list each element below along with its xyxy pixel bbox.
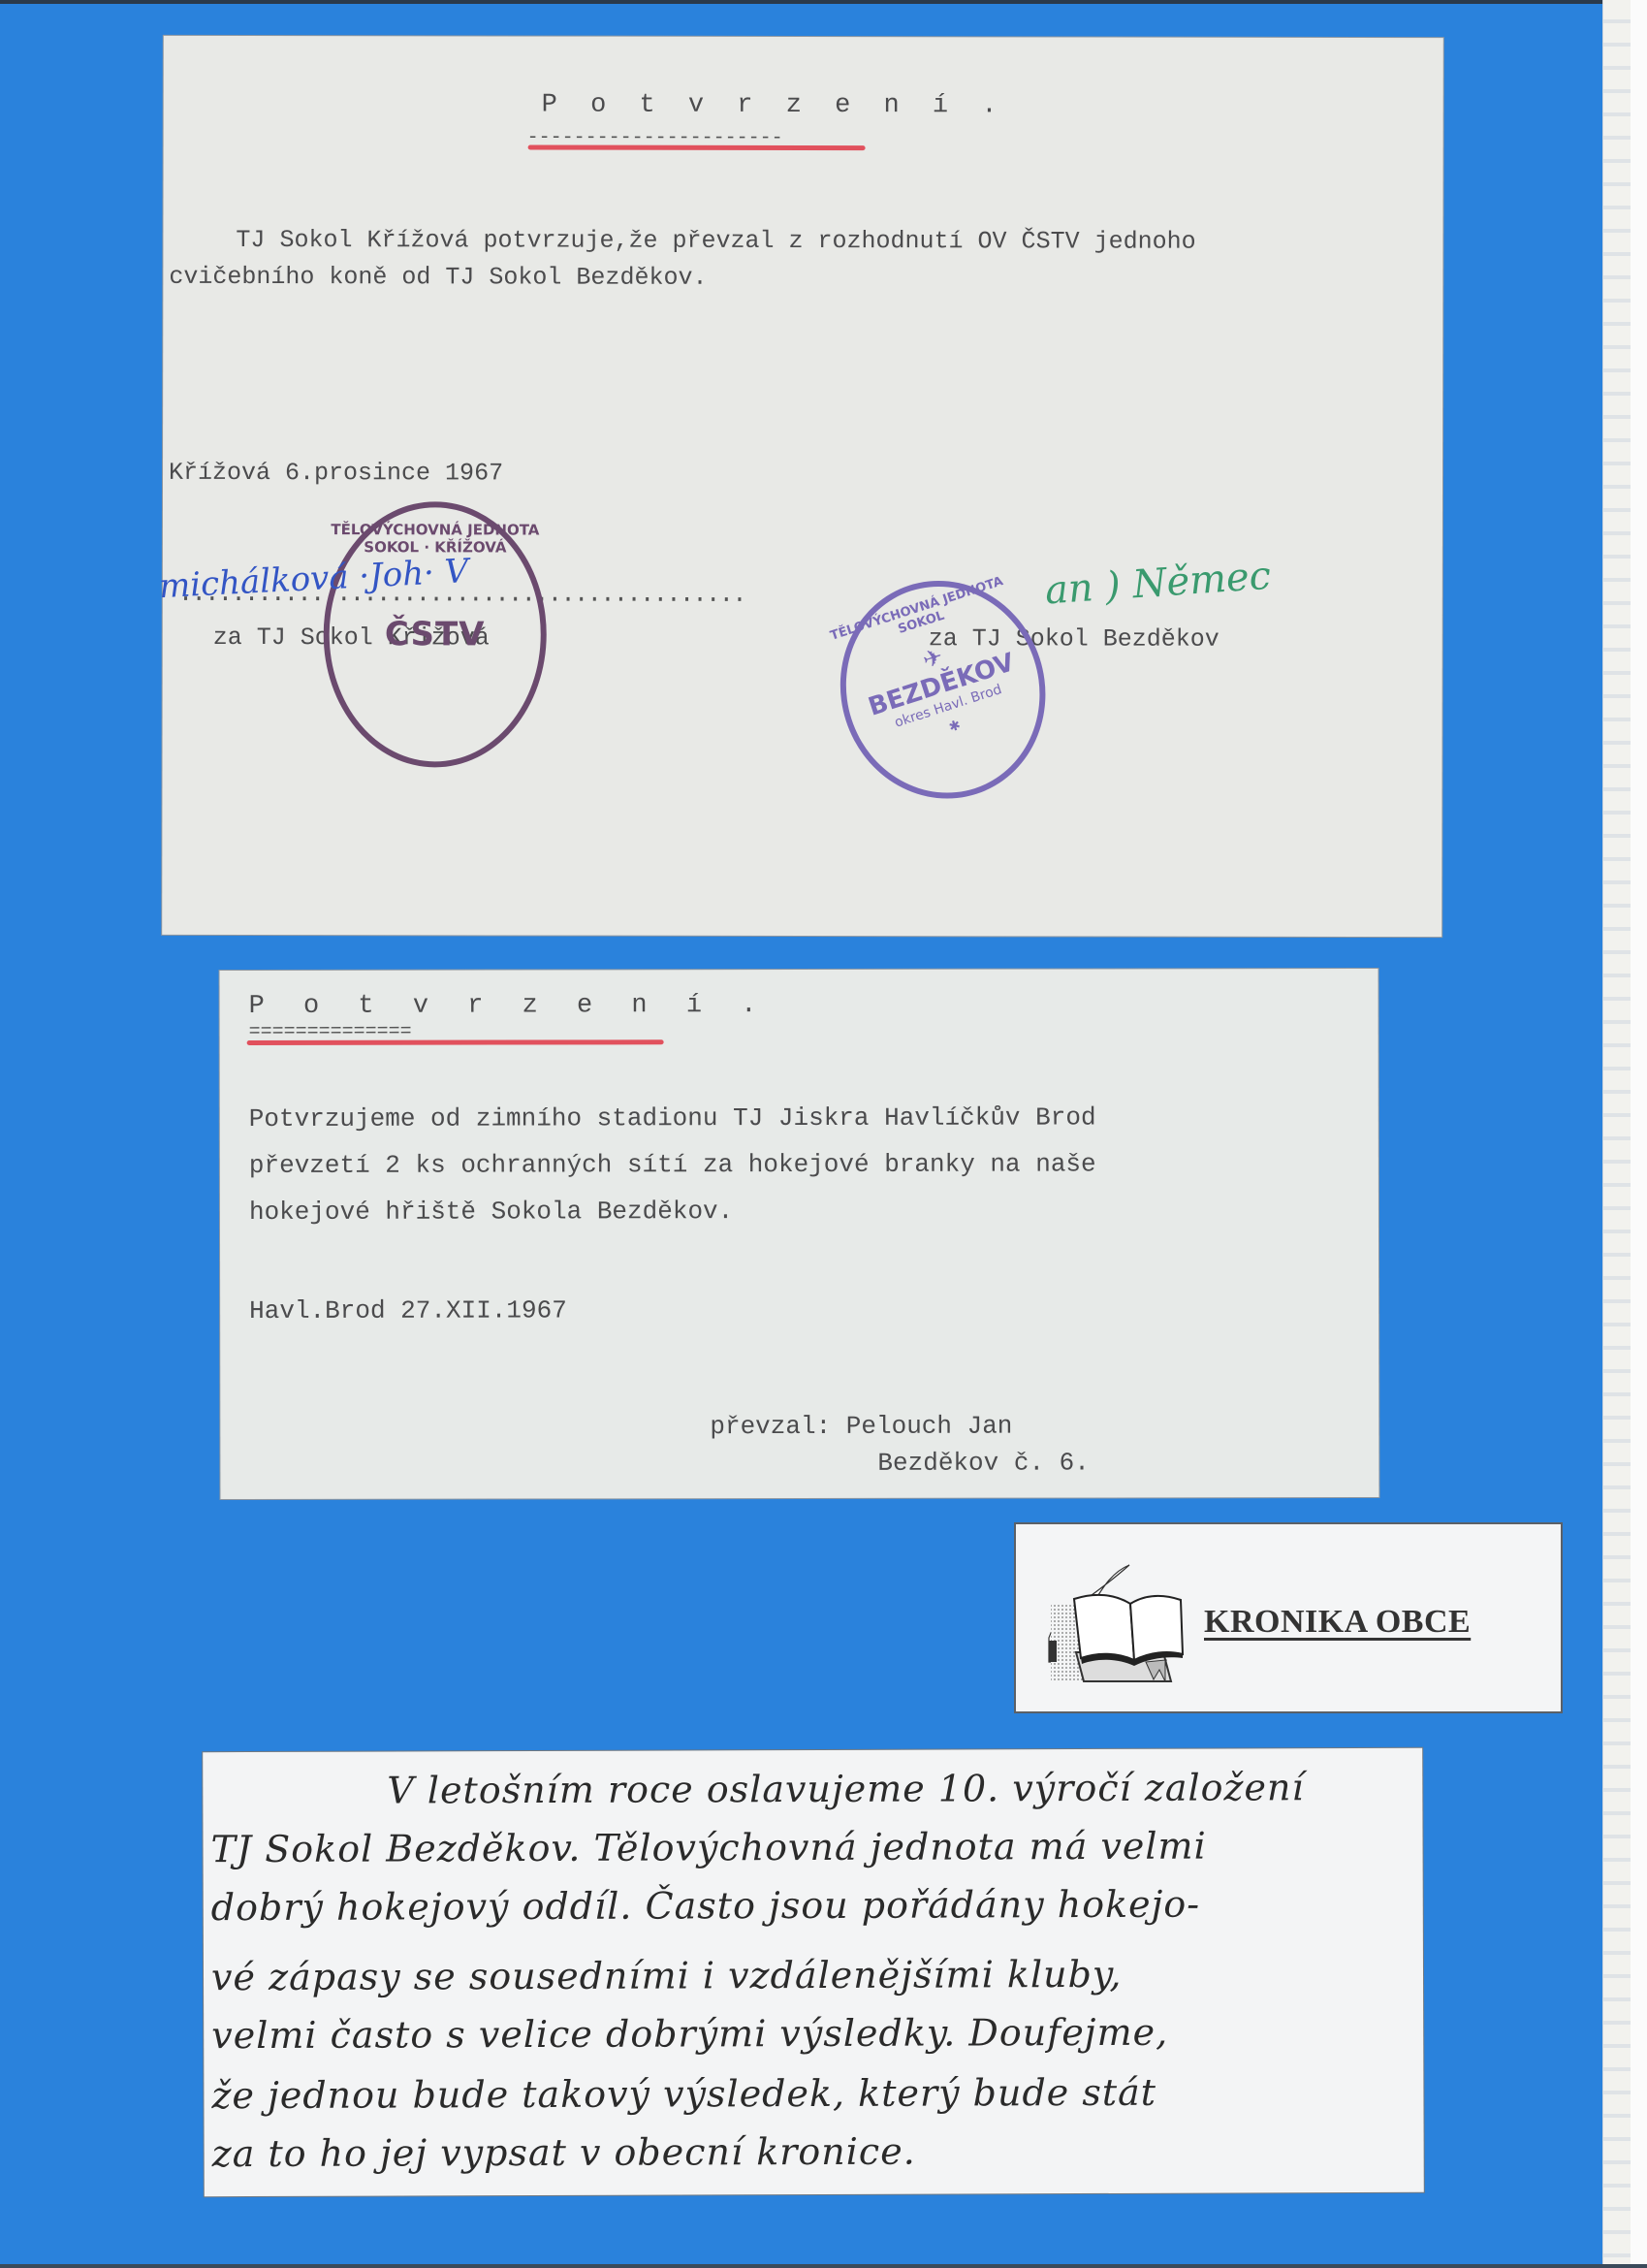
- book-quill-icon: [1037, 1546, 1192, 1691]
- received-by: převzal: Pelouch Jan: [710, 1412, 1012, 1442]
- handwritten-line: za to ho jej vypsat v obecní kronice.: [212, 2130, 916, 2176]
- stamp-ring-text: TĚLOVÝCHOVNÁ JEDNOTA SOKOL: [823, 572, 1015, 658]
- confirmation-document-krizova: P o t v r z e n í . --------------------…: [162, 36, 1443, 937]
- handwritten-line: že jednou bude takový výsledek, který bu…: [211, 2071, 1156, 2117]
- body-line: převzetí 2 ks ochranných sítí za hokejov…: [249, 1149, 1096, 1180]
- album-page-edge-strip: [1602, 0, 1647, 2268]
- handwritten-chronicle-note: V letošním roce oslavujeme 10. výročí za…: [203, 1748, 1424, 2196]
- handwritten-line: dobrý hokejový oddíl. Často jsou pořádán…: [211, 1883, 1200, 1930]
- document-title: P o t v r z e n í .: [249, 991, 769, 1021]
- stamp-sokol-bezdekov: TĚLOVÝCHOVNÁ JEDNOTA SOKOL ✈ BEZDĚKOV ok…: [812, 554, 1073, 825]
- handwritten-line: vé zápasy se sousedními i vzdálenějšími …: [211, 1953, 1123, 1998]
- handwritten-line: velmi často s velice dobrými výsledky. D…: [211, 2011, 1168, 2057]
- confirmation-document-havlickuv-brod: P o t v r z e n í . ============== Potvr…: [220, 969, 1379, 1499]
- received-address: Bezděkov č. 6.: [877, 1448, 1089, 1477]
- handwritten-signature-right: an ) Němec: [1044, 554, 1273, 614]
- date-line: Křížová 6.prosince 1967: [169, 459, 503, 488]
- stamp-center-text: ČSTV: [385, 615, 486, 654]
- body-line: hokejové hřiště Sokola Bezděkov.: [249, 1197, 733, 1227]
- body-line: TJ Sokol Křížová potvrzuje,že převzal z …: [236, 226, 1195, 256]
- kronika-obce-label: KRONIKA OBCE: [1016, 1524, 1561, 1711]
- kronika-obce-title: KRONIKA OBCE: [1204, 1604, 1471, 1641]
- scan-bottom-edge: [0, 2264, 1647, 2268]
- stamp-sokol-krizova: TĚLOVÝCHOVNÁ JEDNOTA SOKOL · KŘÍŽOVÁ ČST…: [323, 501, 546, 767]
- body-line: cvičebního koně od TJ Sokol Bezděkov.: [169, 263, 707, 292]
- date-line: Havl.Brod 27.XII.1967: [249, 1295, 567, 1326]
- stamp-ring-text: TĚLOVÝCHOVNÁ JEDNOTA SOKOL · KŘÍŽOVÁ: [330, 521, 541, 556]
- handwritten-line: TJ Sokol Bezděkov. Tělovýchovná jednota …: [210, 1825, 1206, 1871]
- handwritten-line: V letošním roce oslavujeme 10. výročí za…: [387, 1766, 1304, 1811]
- scan-top-edge: [0, 0, 1647, 4]
- star-icon: ✱: [947, 718, 963, 736]
- body-line: Potvrzujeme od zimního stadionu TJ Jiskr…: [249, 1102, 1096, 1134]
- red-underline: [247, 1039, 664, 1045]
- document-title: P o t v r z e n í .: [542, 91, 1006, 121]
- red-underline: [528, 145, 866, 151]
